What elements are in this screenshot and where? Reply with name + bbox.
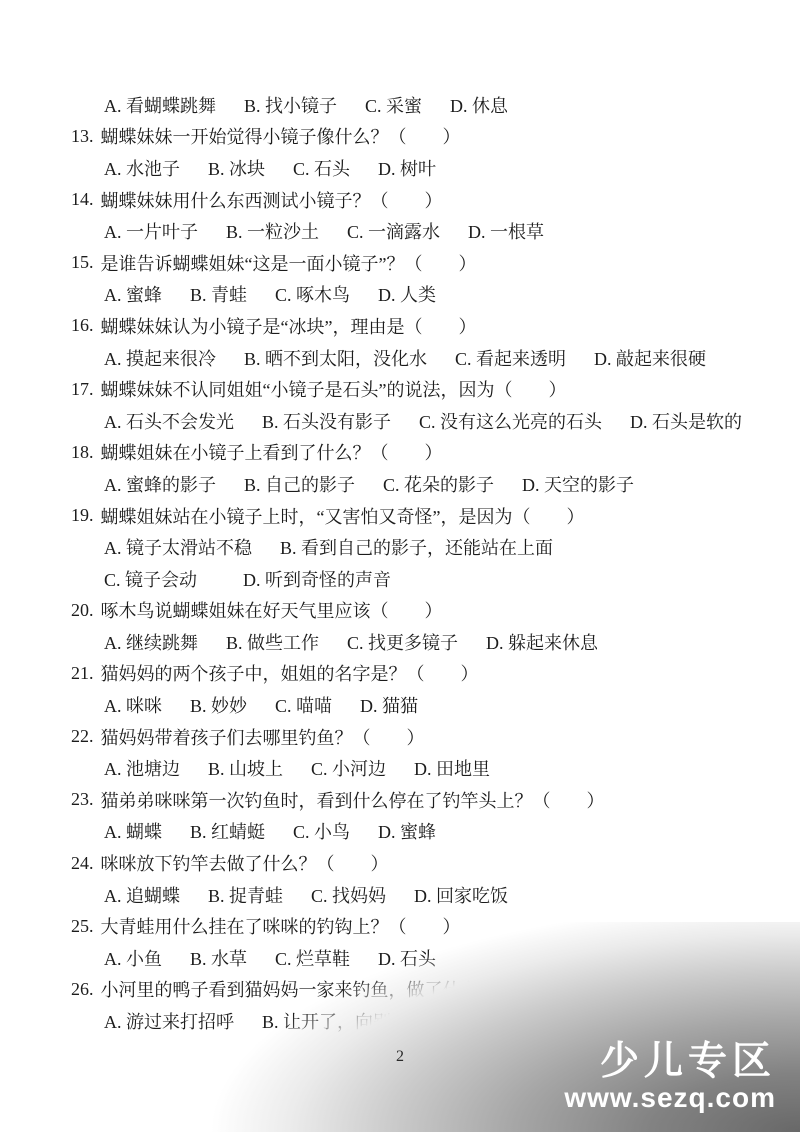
option: B. 看到自己的影子，还能站在上面	[280, 534, 553, 560]
option: A. 继续跳舞	[104, 629, 198, 655]
option: D. 听到奇怪的声音	[243, 566, 391, 592]
option: C. 采蜜	[365, 92, 422, 118]
option: B. 水草	[190, 945, 247, 971]
option: A. 镜子太滑站不稳	[104, 534, 252, 560]
question-number: 13.	[71, 126, 94, 147]
question-21: 21. 猫妈妈的两个孩子中，姐姐的名字是？（ ）	[71, 658, 780, 690]
option: C. 没有这么光亮的石头	[419, 408, 602, 434]
question-number: 23.	[71, 789, 94, 810]
option: D. 猫猫	[360, 692, 418, 718]
option: B. 捉青蛙	[208, 882, 283, 908]
option: A. 追蝴蝶	[104, 882, 180, 908]
option: D. 一根草	[468, 218, 544, 244]
option: C. 找妈妈	[311, 882, 386, 908]
option: D. 树叶	[378, 155, 436, 181]
option: C. 烂草鞋	[275, 945, 350, 971]
question-22: 22. 猫妈妈带着孩子们去哪里钓鱼？（ ）	[71, 721, 780, 753]
option: A. 游过来打招呼	[104, 1008, 234, 1034]
question-23: 23. 猫弟弟咪咪第一次钓鱼时，看到什么停在了钓竿头上？（ ）	[71, 784, 780, 816]
option: B. 做些工作	[226, 629, 319, 655]
option: C. 看起来透明	[455, 345, 566, 371]
option: B. 晒不到太阳，没化水	[244, 345, 427, 371]
question-20: 20. 啄木鸟说蝴蝶姐妹在好天气里应该（ ）	[71, 595, 780, 627]
question-number: 18.	[71, 442, 94, 463]
option: D. 田地里	[414, 755, 490, 781]
options-line: A. 镜子太滑站不稳 B. 看到自己的影子，还能站在上面	[71, 531, 780, 563]
worksheet-content: A. 看蝴蝶跳舞 B. 找小镜子 C. 采蜜 D. 休息 13. 蝴蝶妹妹一开始…	[0, 0, 800, 1037]
options-line: A. 继续跳舞 B. 做些工作 C. 找更多镜子 D. 躲起来休息	[71, 626, 780, 658]
question-text: 蝴蝶妹妹不认同姐姐“小镜子是石头”的说法，因为（ ）	[101, 376, 567, 402]
question-text: 咪咪放下钓竿去做了什么？（ ）	[101, 850, 389, 876]
option: D. 石头	[378, 945, 436, 971]
options-line: A. 蜜蜂 B. 青蛙 C. 啄木鸟 D. 人类	[71, 279, 780, 311]
option: D. 敲起来很硬	[594, 345, 706, 371]
options-line: A. 池塘边 B. 山坡上 C. 小河边 D. 田地里	[71, 752, 780, 784]
question-18: 18. 蝴蝶姐妹在小镜子上看到了什么？（ ）	[71, 437, 780, 469]
question-13: 13. 蝴蝶妹妹一开始觉得小镜子像什么？（ ）	[71, 121, 780, 153]
option: B. 让开了，向别处游去	[262, 1008, 445, 1034]
question-14: 14. 蝴蝶妹妹用什么东西测试小镜子？（ ）	[71, 184, 780, 216]
option: A. 小鱼	[104, 945, 162, 971]
option: D. 蜜蜂	[378, 818, 436, 844]
option: C. 停下来看钓鱼	[473, 1008, 602, 1034]
question-16: 16. 蝴蝶妹妹认为小镜子是“冰块”，理由是（ ）	[71, 310, 780, 342]
question-number: 15.	[71, 252, 94, 273]
question-number: 24.	[71, 853, 94, 874]
option: B. 红蜻蜓	[190, 818, 265, 844]
question-number: 19.	[71, 505, 94, 526]
option: D. 飞走了	[630, 1008, 706, 1034]
orphan-options-line: A. 看蝴蝶跳舞 B. 找小镜子 C. 采蜜 D. 休息	[71, 89, 780, 121]
option: A. 蜜蜂	[104, 281, 162, 307]
question-number: 26.	[71, 979, 94, 1000]
question-number: 20.	[71, 600, 94, 621]
option: A. 看蝴蝶跳舞	[104, 92, 216, 118]
question-24: 24. 咪咪放下钓竿去做了什么？（ ）	[71, 847, 780, 879]
option: D. 石头是软的	[630, 408, 742, 434]
option: C. 镜子会动	[104, 566, 197, 592]
question-15: 15. 是谁告诉蝴蝶姐妹“这是一面小镜子”？（ ）	[71, 247, 780, 279]
option: B. 一粒沙土	[226, 218, 319, 244]
options-line: A. 石头不会发光 B. 石头没有影子 C. 没有这么光亮的石头 D. 石头是软…	[71, 405, 780, 437]
option: B. 自己的影子	[244, 471, 355, 497]
option: C. 小河边	[311, 755, 386, 781]
option: B. 找小镜子	[244, 92, 337, 118]
option: A. 蝴蝶	[104, 818, 162, 844]
question-number: 14.	[71, 189, 94, 210]
options-line: A. 水池子 B. 冰块 C. 石头 D. 树叶	[71, 152, 780, 184]
question-text: 蝴蝶姐妹在小镜子上看到了什么？（ ）	[101, 439, 443, 465]
option: C. 石头	[293, 155, 350, 181]
options-line: A. 追蝴蝶 B. 捉青蛙 C. 找妈妈 D. 回家吃饭	[71, 879, 780, 911]
question-text: 小河里的鸭子看到猫妈妈一家来钓鱼，做了什么？（ ）	[101, 976, 569, 1002]
option: D. 人类	[378, 281, 436, 307]
option: C. 找更多镜子	[347, 629, 458, 655]
question-text: 猫妈妈带着孩子们去哪里钓鱼？（ ）	[101, 724, 425, 750]
page-number: 2	[0, 1048, 800, 1066]
option: C. 一滴露水	[347, 218, 440, 244]
option: B. 山坡上	[208, 755, 283, 781]
question-25: 25. 大青蛙用什么挂在了咪咪的钓钩上？（ ）	[71, 910, 780, 942]
option: A. 池塘边	[104, 755, 180, 781]
option: C. 喵喵	[275, 692, 332, 718]
question-text: 猫弟弟咪咪第一次钓鱼时，看到什么停在了钓竿头上？（ ）	[101, 787, 605, 813]
option: C. 小鸟	[293, 818, 350, 844]
options-line: A. 蝴蝶 B. 红蜻蜓 C. 小鸟 D. 蜜蜂	[71, 816, 780, 848]
options-line: A. 一片叶子 B. 一粒沙土 C. 一滴露水 D. 一根草	[71, 215, 780, 247]
question-number: 17.	[71, 379, 94, 400]
question-text: 啄木鸟说蝴蝶姐妹在好天气里应该（ ）	[101, 597, 443, 623]
question-number: 22.	[71, 726, 94, 747]
options-line: A. 蜜蜂的影子 B. 自己的影子 C. 花朵的影子 D. 天空的影子	[71, 468, 780, 500]
question-19: 19. 蝴蝶姐妹站在小镜子上时，“又害怕又奇怪”，是因为（ ）	[71, 500, 780, 532]
question-17: 17. 蝴蝶妹妹不认同姐姐“小镜子是石头”的说法，因为（ ）	[71, 373, 780, 405]
question-number: 25.	[71, 916, 94, 937]
options-line: A. 游过来打招呼 B. 让开了，向别处游去 C. 停下来看钓鱼 D. 飞走了	[71, 1005, 780, 1037]
option: D. 躲起来休息	[486, 629, 598, 655]
option: B. 冰块	[208, 155, 265, 181]
question-text: 蝴蝶姐妹站在小镜子上时，“又害怕又奇怪”，是因为（ ）	[101, 503, 585, 529]
watermark-url: www.sezq.com	[564, 1082, 776, 1114]
options-line: C. 镜子会动 D. 听到奇怪的声音	[71, 563, 780, 595]
option: A. 摸起来很冷	[104, 345, 216, 371]
option: A. 石头不会发光	[104, 408, 234, 434]
option: A. 咪咪	[104, 692, 162, 718]
question-number: 21.	[71, 663, 94, 684]
question-text: 猫妈妈的两个孩子中，姐姐的名字是？（ ）	[101, 660, 479, 686]
option: A. 蜜蜂的影子	[104, 471, 216, 497]
question-text: 蝴蝶妹妹用什么东西测试小镜子？（ ）	[101, 187, 443, 213]
question-text: 大青蛙用什么挂在了咪咪的钓钩上？（ ）	[101, 913, 461, 939]
option: B. 青蛙	[190, 281, 247, 307]
option: D. 休息	[450, 92, 508, 118]
question-text: 蝴蝶妹妹一开始觉得小镜子像什么？（ ）	[101, 123, 461, 149]
options-line: A. 摸起来很冷 B. 晒不到太阳，没化水 C. 看起来透明 D. 敲起来很硬	[71, 342, 780, 374]
options-line: A. 咪咪 B. 妙妙 C. 喵喵 D. 猫猫	[71, 689, 780, 721]
option: B. 石头没有影子	[262, 408, 391, 434]
option: D. 回家吃饭	[414, 882, 508, 908]
options-line: A. 小鱼 B. 水草 C. 烂草鞋 D. 石头	[71, 942, 780, 974]
option: C. 啄木鸟	[275, 281, 350, 307]
option: D. 天空的影子	[522, 471, 634, 497]
option: A. 水池子	[104, 155, 180, 181]
question-text: 是谁告诉蝴蝶姐妹“这是一面小镜子”？（ ）	[101, 250, 477, 276]
option: B. 妙妙	[190, 692, 247, 718]
question-text: 蝴蝶妹妹认为小镜子是“冰块”，理由是（ ）	[101, 313, 477, 339]
option: C. 花朵的影子	[383, 471, 494, 497]
option: A. 一片叶子	[104, 218, 198, 244]
question-number: 16.	[71, 315, 94, 336]
question-26: 26. 小河里的鸭子看到猫妈妈一家来钓鱼，做了什么？（ ）	[71, 974, 780, 1006]
